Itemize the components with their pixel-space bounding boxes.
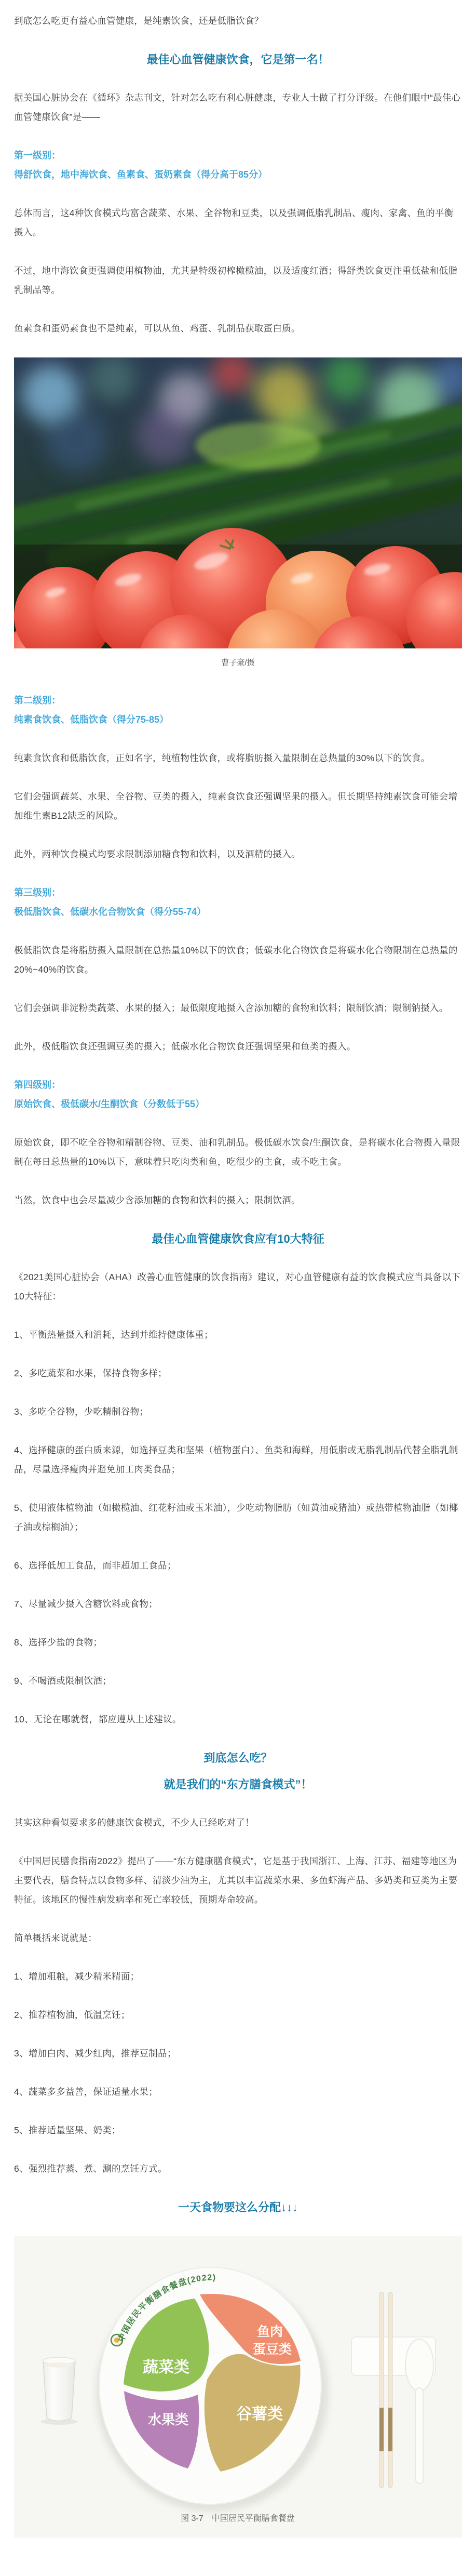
paragraph: 它们会强调非淀粉类蔬菜、水果的摄入；最低限度地摄入含添加糖的食物和饮料；限制饮酒… [14,999,462,1018]
milk-glass [41,2357,77,2425]
balanced-diet-plate-image: 中国居民平衡膳食餐盘(2022) 蔬菜类 鱼肉 蛋豆类 水果类 谷薯类 [14,2236,462,2538]
vegetable-market-figure: 曹子豪/摄 [14,357,462,670]
heading-best-diet: 最佳心血管健康饮食，它是第一名！ [14,50,462,69]
level-3-title: 极低脂饮食、低碳水化合物饮食（得分55-74） [14,902,462,922]
intro-paragraph: 到底怎么吃更有益心血管健康，是纯素饮食，还是低脂饮食？ [14,11,462,31]
feature-item: 1、平衡热量摄入和消耗，达到并维持健康体重； [14,1325,462,1345]
heading-how-to-eat-line2: 就是我们的“东方膳食模式”！ [14,1775,462,1794]
paragraph-features-lead: 《2021美国心脏协会（AHA）改善心血管健康的饮食指南》建议，对心血管健康有益… [14,1268,462,1306]
paragraph: 其实这种看似要求多的健康饮食模式，不少人已经吃对了！ [14,1813,462,1833]
balanced-diet-plate-figure: 中国居民平衡膳食餐盘(2022) 蔬菜类 鱼肉 蛋豆类 水果类 谷薯类 [14,2236,462,2538]
eastern-item: 3、增加白肉、减少红肉，推荐豆制品； [14,2044,462,2063]
level-1-label: 第一级别： [14,146,462,165]
paragraph: 简单概括来说就是： [14,1929,462,1948]
paragraph: 原始饮食，即不吃全谷物和精制谷物、豆类、油和乳制品。极低碳水饮食/生酮饮食，是将… [14,1133,462,1172]
label-fish-line2: 蛋豆类 [253,2342,292,2357]
paragraph: 《中国居民膳食指南2022》提出了——“东方健康膳食模式”，它是基于我国浙江、上… [14,1852,462,1909]
paragraph: 总体而言，这4种饮食模式均富含蔬菜、水果、全谷物和豆类，以及强调低脂乳制品、瘦肉… [14,204,462,242]
label-vegetable: 蔬菜类 [143,2359,189,2376]
paragraph: 纯素食饮食和低脂饮食，正如名字，纯植物性饮食，或将脂肪摄入量限制在总热量的30%… [14,749,462,768]
eastern-item: 4、蔬菜多多益善，保证适量水果； [14,2082,462,2102]
feature-item: 7、尽量减少摄入含糖饮料或食物； [14,1595,462,1614]
heading-ten-features: 最佳心血管健康饮食应有10大特征 [14,1229,462,1249]
paragraph: 不过，地中海饮食更强调使用植物油，尤其是特级初榨橄榄油，以及适度红酒；得舒类饮食… [14,261,462,300]
paragraph: 此外，两种饮食模式均要求限制添加糖食物和饮料，以及酒精的摄入。 [14,845,462,864]
feature-item: 5、使用液体植物油（如橄榄油、红花籽油或玉米油），少吃动物脂肪（如黄油或猪油）或… [14,1498,462,1537]
level-2-title: 纯素食饮食、低脂饮食（得分75-85） [14,710,462,729]
feature-item: 2、多吃蔬菜和水果，保持食物多样； [14,1364,462,1383]
paragraph-lead: 据美国心脏协会在《循环》杂志刊文，针对怎么吃有利心脏健康，专业人士做了打分评级。… [14,88,462,127]
paragraph: 当然，饮食中也会尽量减少含添加糖的食物和饮料的摄入；限制饮酒。 [14,1191,462,1210]
feature-item: 6、选择低加工食品，而非超加工食品； [14,1556,462,1575]
feature-item: 8、选择少盐的食物； [14,1633,462,1652]
paragraph: 它们会强调蔬菜、水果、全谷物、豆类的摄入，纯素食饮食还强调坚果的摄入。但长期坚持… [14,787,462,826]
feature-item: 9、不喝酒或限制饮酒； [14,1671,462,1691]
level-3-label: 第三级别： [14,883,462,902]
level-2-label: 第二级别： [14,691,462,710]
article: 到底怎么吃更有益心血管健康，是纯素饮食，还是低脂饮食？ 最佳心血管健康饮食，它是… [0,0,476,2538]
photo-credit: 曹子豪/摄 [14,656,462,670]
feature-item: 10、无论在哪就餐，都应遵从上述建议。 [14,1710,462,1729]
label-fish-line1: 鱼肉 [257,2324,283,2339]
eastern-item: 5、推荐适量坚果、奶类； [14,2121,462,2140]
label-fruit: 水果类 [148,2412,188,2427]
heading-how-to-eat-line1: 到底怎么吃？ [14,1748,462,1768]
vegetable-market-photo [14,357,462,648]
level-4-label: 第四级别： [14,1075,462,1095]
figure-caption: 图 3-7 中国居民平衡膳食餐盘 [181,2514,295,2523]
eastern-item: 6、强烈推荐蒸、煮、涮的烹饪方式。 [14,2159,462,2179]
feature-item: 3、多吃全谷物，少吃精制谷物； [14,1402,462,1422]
paragraph: 此外，极低脂饮食还强调豆类的摄入；低碳水化合物饮食还强调坚果和鱼类的摄入。 [14,1037,462,1056]
level-4-title: 原始饮食、极低碳水/生酮饮食（分数低于55） [14,1095,462,1114]
feature-item: 4、选择健康的蛋白质来源，如选择豆类和坚果（植物蛋白）、鱼类和海鲜，用低脂或无脂… [14,1441,462,1479]
paragraph: 极低脂饮食是将脂肪摄入量限制在总热量10%以下的饮食；低碳水化合物饮食是将碳水化… [14,941,462,979]
label-grain: 谷薯类 [236,2406,283,2423]
eastern-item: 1、增加粗粮，减少精米精面； [14,1967,462,1986]
paragraph: 鱼素食和蛋奶素食也不是纯素，可以从鱼、鸡蛋、乳制品获取蛋白质。 [14,319,462,338]
heading-daily-allocation: 一天食物要这么分配↓↓↓ [14,2198,462,2217]
level-1-title: 得舒饮食，地中海饮食、鱼素食、蛋奶素食（得分高于85分） [14,165,462,184]
eastern-item: 2、推荐植物油，低温烹饪； [14,2006,462,2025]
